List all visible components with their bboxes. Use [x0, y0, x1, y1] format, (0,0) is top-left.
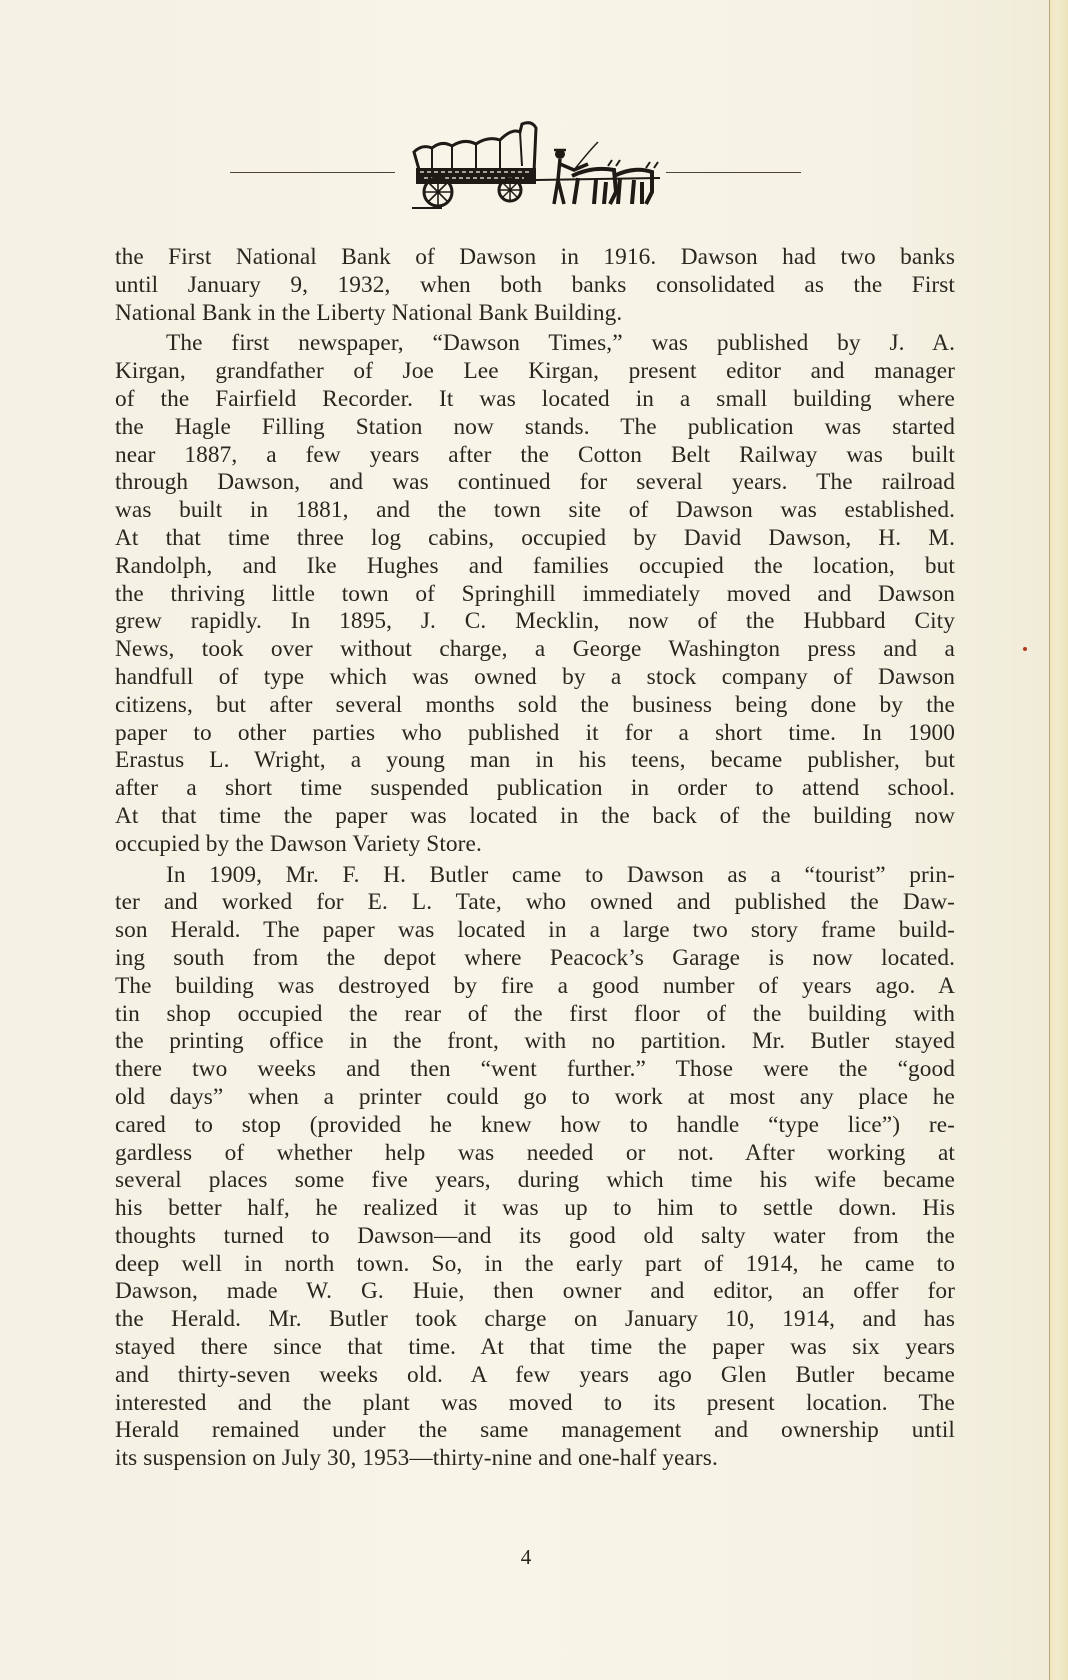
text-line: the Hagle Filling Station now stands. Th… — [115, 414, 955, 442]
paragraph-1: the First National Bank of Dawson in 191… — [115, 244, 955, 327]
text-line: cared to stop (provided he knew how to h… — [115, 1112, 955, 1140]
paragraph-3: In 1909, Mr. F. H. Butler came to Dawson… — [115, 862, 955, 1474]
text-line: tin shop occupied the rear of the first … — [115, 1001, 955, 1029]
text-line: News, took over without charge, a George… — [115, 636, 955, 664]
text-line: grew rapidly. In 1895, J. C. Mecklin, no… — [115, 608, 955, 636]
text-line: thoughts turned to Dawson—and its good o… — [115, 1223, 955, 1251]
ornament-rule-left — [230, 172, 395, 173]
text-line: stayed there since that time. At that ti… — [115, 1334, 955, 1362]
text-line: The building was destroyed by fire a goo… — [115, 973, 955, 1001]
text-line: The first newspaper, “Dawson Times,” was… — [115, 330, 955, 358]
text-line: its suspension on July 30, 1953—thirty-n… — [115, 1445, 955, 1473]
text-line: interested and the plant was moved to it… — [115, 1390, 955, 1418]
page-number: 4 — [0, 1545, 1060, 1570]
text-line: the printing office in the front, with n… — [115, 1028, 955, 1056]
text-line: old days” when a printer could go to wor… — [115, 1084, 955, 1112]
header-ornament — [230, 118, 830, 218]
text-line: At that time the paper was located in th… — [115, 803, 955, 831]
text-line: paper to other parties who published it … — [115, 720, 955, 748]
text-line: handfull of type which was owned by a st… — [115, 664, 955, 692]
text-line: Randolph, and Ike Hughes and families oc… — [115, 553, 955, 581]
text-line: the thriving little town of Springhill i… — [115, 581, 955, 609]
text-line: near 1887, a few years after the Cotton … — [115, 442, 955, 470]
text-line: Kirgan, grandfather of Joe Lee Kirgan, p… — [115, 358, 955, 386]
text-line: until January 9, 1932, when both banks c… — [115, 272, 955, 300]
body-text: the First National Bank of Dawson in 191… — [115, 244, 955, 1473]
text-line: through Dawson, and was continued for se… — [115, 469, 955, 497]
text-line: gardless of whether help was needed or n… — [115, 1140, 955, 1168]
text-line: the Herald. Mr. Butler took charge on Ja… — [115, 1306, 955, 1334]
text-line: there two weeks and then “went further.”… — [115, 1056, 955, 1084]
text-line: occupied by the Dawson Variety Store. — [115, 831, 955, 859]
text-line: Dawson, made W. G. Huie, then owner and … — [115, 1278, 955, 1306]
book-page: the First National Bank of Dawson in 191… — [0, 0, 1050, 1680]
text-line: Erastus L. Wright, a young man in his te… — [115, 747, 955, 775]
text-line: National Bank in the Liberty National Ba… — [115, 300, 955, 328]
text-line: son Herald. The paper was located in a l… — [115, 917, 955, 945]
text-line: Herald remained under the same managemen… — [115, 1417, 955, 1445]
text-line: and thirty-seven weeks old. A few years … — [115, 1362, 955, 1390]
paragraph-2: The first newspaper, “Dawson Times,” was… — [115, 330, 955, 858]
text-line: deep well in north town. So, in the earl… — [115, 1251, 955, 1279]
text-line: several places some five years, during w… — [115, 1167, 955, 1195]
red-ink-dot — [1023, 647, 1027, 651]
covered-wagon-icon — [402, 120, 662, 210]
text-line: citizens, but after several months sold … — [115, 692, 955, 720]
text-line: was built in 1881, and the town site of … — [115, 497, 955, 525]
text-line: ing south from the depot where Peacock’s… — [115, 945, 955, 973]
text-line: the First National Bank of Dawson in 191… — [115, 244, 955, 272]
next-page-edge — [1049, 0, 1068, 1680]
text-line: ter and worked for E. L. Tate, who owned… — [115, 889, 955, 917]
ornament-rule-right — [666, 172, 801, 173]
text-line: of the Fairfield Recorder. It was locate… — [115, 386, 955, 414]
text-line: after a short time suspended publication… — [115, 775, 955, 803]
text-line: In 1909, Mr. F. H. Butler came to Dawson… — [115, 862, 955, 890]
text-line: his better half, he realized it was up t… — [115, 1195, 955, 1223]
text-line: At that time three log cabins, occupied … — [115, 525, 955, 553]
